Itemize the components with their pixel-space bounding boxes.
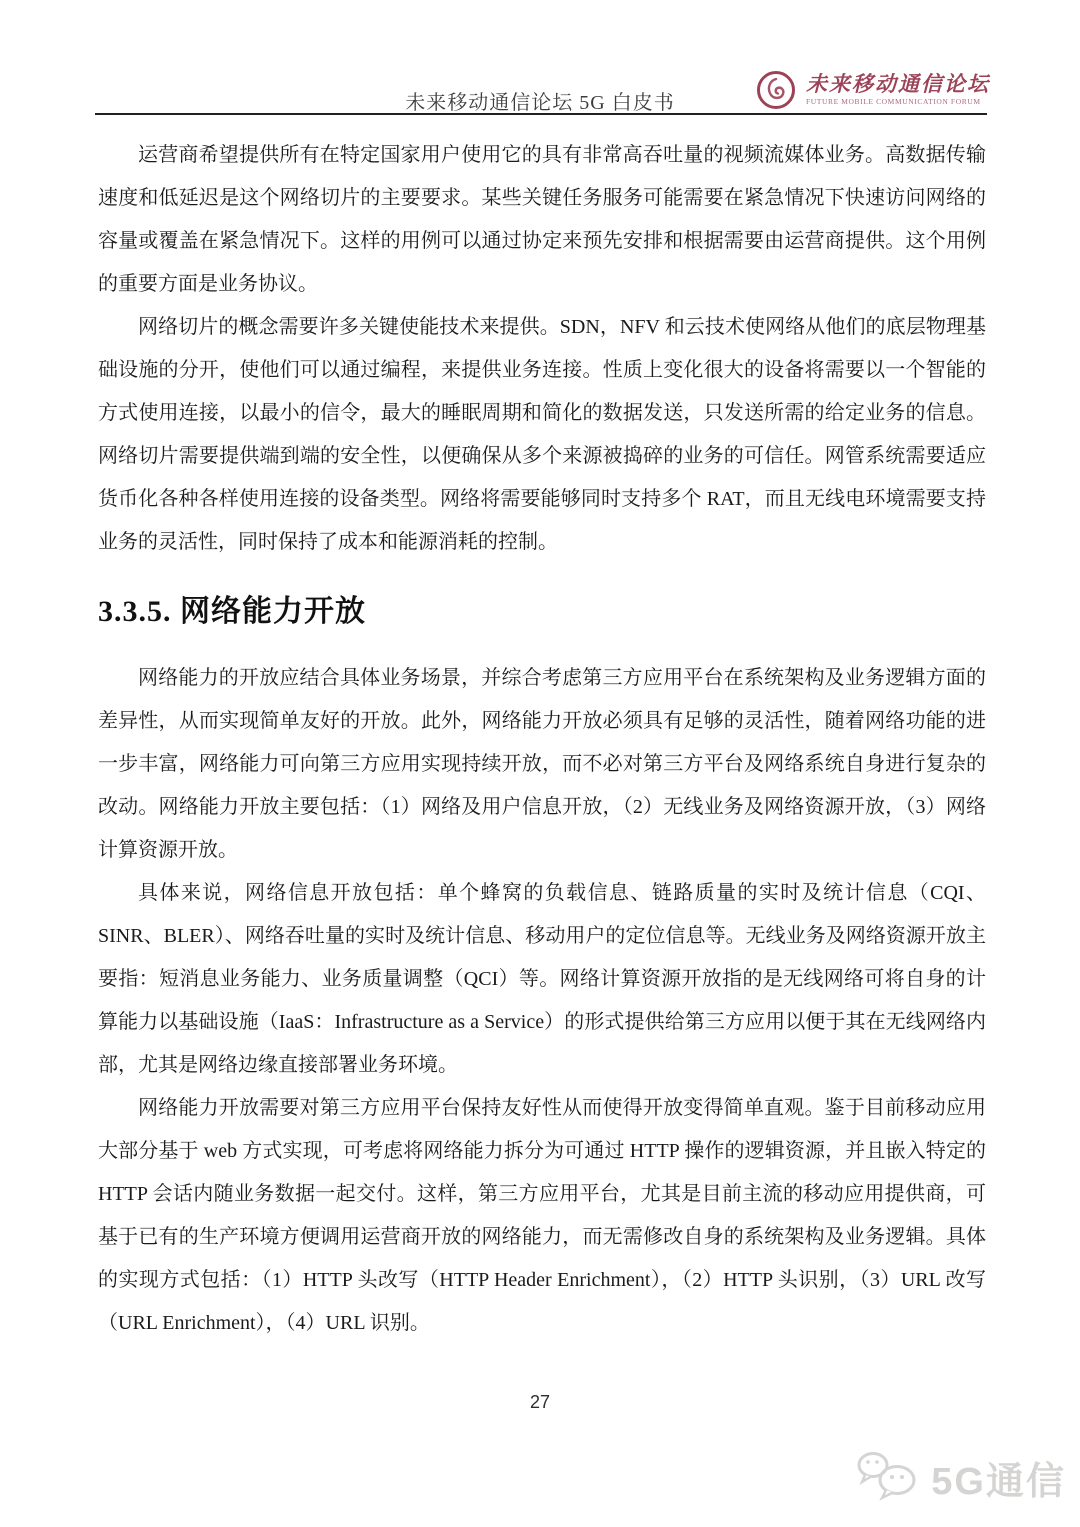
watermark-label: 5G通信 [931,1450,1066,1505]
forum-logo: 未来移动通信论坛 FUTURE MOBILE COMMUNICATION FOR… [756,70,990,110]
paragraph-capability-openness-details: 具体来说，网络信息开放包括：单个蜂窝的负载信息、链路质量的实时及统计信息（CQI… [98,872,986,1087]
forum-logo-name-cn: 未来移动通信论坛 [806,73,990,96]
page-header: 未来移动通信论坛 5G 白皮书 未来移动通信论坛 FUTURE MOBILE C… [0,0,1080,116]
page-number: 27 [0,1392,1080,1413]
forum-logo-name-en: FUTURE MOBILE COMMUNICATION FORUM [806,98,990,106]
paragraph-network-slice-usecase: 运营商希望提供所有在特定国家用户使用它的具有非常高吞吐量的视频流媒体业务。高数据… [98,134,986,306]
paragraph-capability-openness-overview: 网络能力的开放应结合具体业务场景，并综合考虑第三方应用平台在系统架构及业务逻辑方… [98,657,986,872]
channel-watermark: 5G通信 [853,1447,1066,1508]
paragraph-network-slice-enablers: 网络切片的概念需要许多关键使能技术来提供。SDN，NFV 和云技术使网络从他们的… [98,306,986,564]
forum-logo-text: 未来移动通信论坛 FUTURE MOBILE COMMUNICATION FOR… [806,73,990,106]
document-page: 未来移动通信论坛 5G 白皮书 未来移动通信论坛 FUTURE MOBILE C… [0,0,1080,1527]
forum-logo-icon [756,70,796,110]
paragraph-capability-openness-http: 网络能力开放需要对第三方应用平台保持友好性从而使得开放变得简单直观。鉴于目前移动… [98,1087,986,1345]
document-body: 运营商希望提供所有在特定国家用户使用它的具有非常高吞吐量的视频流媒体业务。高数据… [98,134,986,1345]
wechat-icon [853,1447,923,1508]
section-heading-3-3-5: 3.3.5. 网络能力开放 [98,594,986,630]
header-divider [95,113,987,115]
